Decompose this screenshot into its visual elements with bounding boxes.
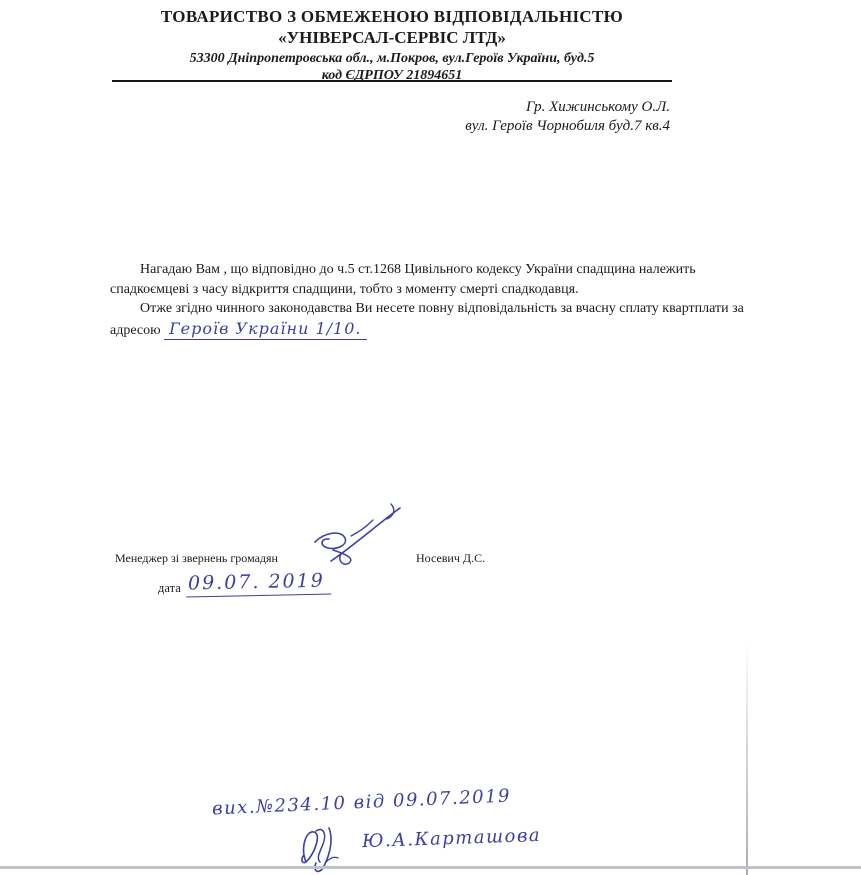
company-type: ТОВАРИСТВО З ОБМЕЖЕНОЮ ВІДПОВІДАЛЬНІСТЮ <box>60 6 724 27</box>
letter-body: Нагадаю Вам , що відповідно до ч.5 ст.12… <box>110 260 774 340</box>
addressee-address: вул. Героїв Чорнобиля буд.7 кв.4 <box>465 117 670 136</box>
handwritten-outgoing-ref: вих.№234.10 від 09.07.2019 <box>212 785 512 819</box>
company-name: «УНІВЕРСАЛ-СЕРВІС ЛТД» <box>60 27 724 48</box>
handwritten-date: 09.07. 2019 <box>186 569 331 597</box>
addressee-block: Гр. Хижинському О.Л. вул. Героїв Чорноби… <box>465 98 670 136</box>
signature-scribble <box>303 498 415 570</box>
handwritten-address: Героїв України 1/10. <box>164 319 366 340</box>
body-paragraph-1: Нагадаю Вам , що відповідно до ч.5 ст.12… <box>110 260 774 299</box>
scan-edge-vertical-line <box>746 640 748 875</box>
signer-name: Носевич Д.С. <box>416 551 485 566</box>
body-paragraph-2: Отже згідно чинного законодавства Ви нес… <box>110 299 774 340</box>
addressee-name: Гр. Хижинському О.Л. <box>465 98 670 117</box>
scan-edge-bottom-line <box>0 866 861 869</box>
handwritten-registrar-name: Ю.А.Карташова <box>362 825 542 852</box>
company-address: 53300 Дніпропетровська обл., м.Покров, в… <box>60 50 724 67</box>
letterhead-divider <box>112 80 672 82</box>
scanned-letter-page: ТОВАРИСТВО З ОБМЕЖЕНОЮ ВІДПОВІДАЛЬНІСТЮ … <box>0 0 861 875</box>
letterhead: ТОВАРИСТВО З ОБМЕЖЕНОЮ ВІДПОВІДАЛЬНІСТЮ … <box>60 6 724 84</box>
signer-position-title: Менеджер зі звернень громадян <box>115 551 278 566</box>
date-label: дата <box>158 581 181 596</box>
